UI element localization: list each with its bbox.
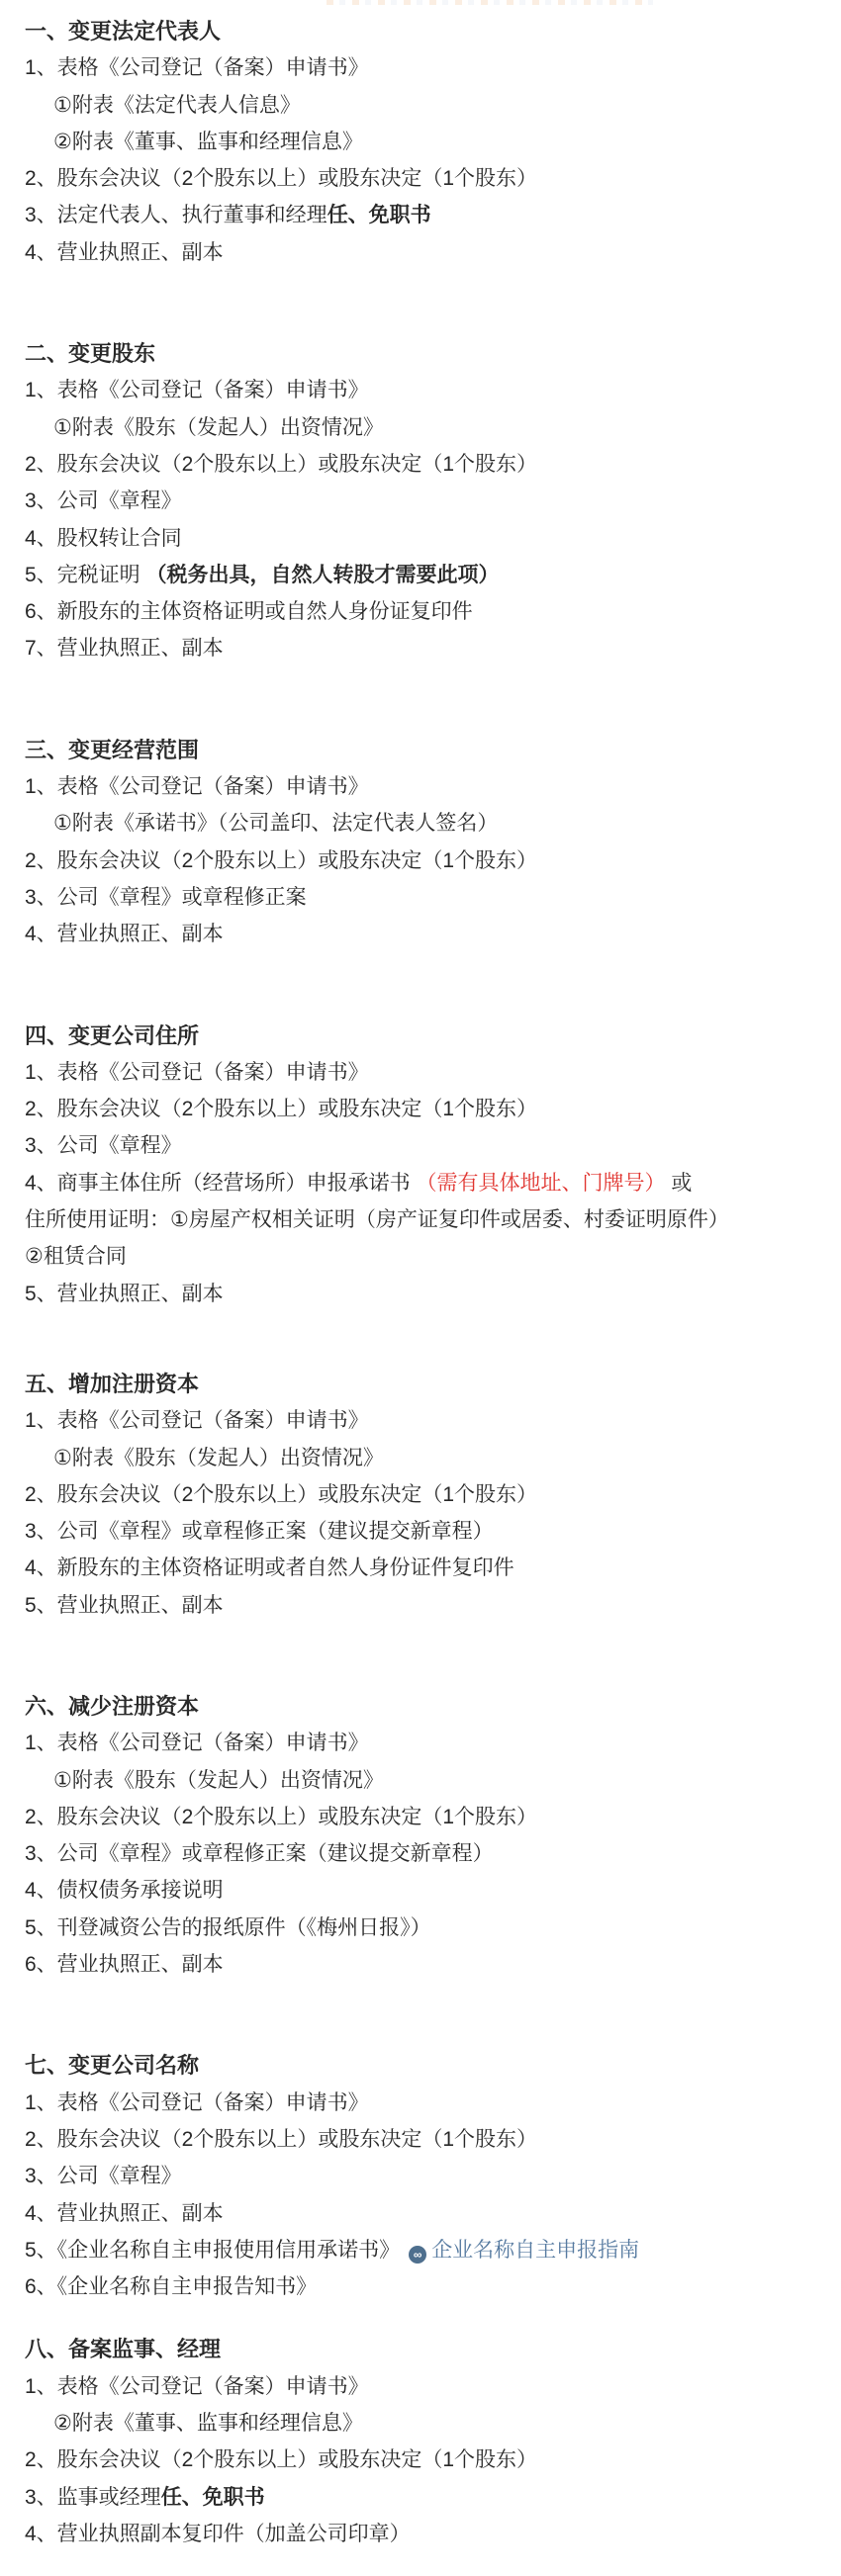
red-note-text: （需有具体地址、门牌号）: [417, 1172, 666, 1195]
text-run: 3、公司《章程》: [25, 1134, 182, 1157]
text-run: 1、表格《公司登记（备案）申请书》: [25, 379, 369, 401]
text-run: 4、股权转让合同: [25, 527, 182, 550]
list-item: 5、《企业名称自主申报使用信用承诺书》∞企业名称自主申报指南: [25, 2232, 829, 2268]
text-run: 4、债权债务承接说明: [25, 1879, 224, 1902]
list-item: 3、监事或经理任、免职书: [25, 2479, 829, 2516]
text-run: 4、营业执照副本复印件（加盖公司印章）: [25, 2523, 411, 2545]
list-item: 6、新股东的主体资格证明或自然人身份证复印件: [25, 593, 829, 630]
document-body: 一、变更法定代表人1、表格《公司登记（备案）申请书》①附表《法定代表人信息》②附…: [0, 0, 841, 2576]
emphasis-text: （税务出具，自然人转股才需要此项）: [146, 564, 500, 586]
text-run: 4、商事主体住所（经营场所）申报承诺书: [25, 1172, 417, 1195]
clipped-text-remnant: [327, 0, 653, 5]
section-title: 一、变更法定代表人: [25, 13, 829, 49]
text-run: ①附表《股东（发起人）出资情况》: [53, 1769, 384, 1792]
text-run: 1、表格《公司登记（备案）申请书》: [25, 1409, 369, 1432]
section: 二、变更股东1、表格《公司登记（备案）申请书》①附表《股东（发起人）出资情况》2…: [25, 335, 829, 667]
section: 六、减少注册资本1、表格《公司登记（备案）申请书》①附表《股东（发起人）出资情况…: [25, 1688, 829, 1983]
section: 五、增加注册资本1、表格《公司登记（备案）申请书》①附表《股东（发起人）出资情况…: [25, 1366, 829, 1624]
text-run: 1、表格《公司登记（备案）申请书》: [25, 1732, 369, 1754]
list-item: 2、股东会决议（2个股东以上）或股东决定（1个股东）: [25, 2442, 829, 2478]
section-title: 二、变更股东: [25, 335, 829, 372]
section-title: 五、增加注册资本: [25, 1366, 829, 1402]
text-run: 4、营业执照正、副本: [25, 923, 224, 945]
list-item: ①附表《股东（发起人）出资情况》: [25, 409, 829, 446]
text-run: 3、公司《章程》: [25, 489, 182, 512]
list-item: 3、公司《章程》: [25, 483, 829, 519]
emphasis-text: 任、免职书: [161, 2486, 265, 2509]
text-run: 或: [666, 1172, 693, 1195]
list-item: 5、刊登减资公告的报纸原件（《梅州日报》）: [25, 1910, 829, 1946]
list-item: 2、股东会决议（2个股东以上）或股东决定（1个股东）: [25, 446, 829, 483]
list-item: 2、股东会决议（2个股东以上）或股东决定（1个股东）: [25, 1799, 829, 1835]
list-item: 2、股东会决议（2个股东以上）或股东决定（1个股东）: [25, 160, 829, 197]
name-declare-guide-link[interactable]: 企业名称自主申报指南: [431, 2239, 639, 2262]
text-run: 2、股东会决议（2个股东以上）或股东决定（1个股东）: [25, 453, 537, 476]
list-item: 2、股东会决议（2个股东以上）或股东决定（1个股东）: [25, 1476, 829, 1513]
section: 八、备案监事、经理1、表格《公司登记（备案）申请书》②附表《董事、监事和经理信息…: [25, 2331, 829, 2552]
text-run: 3、公司《章程》或章程修正案（建议提交新章程）: [25, 1520, 494, 1543]
list-item: 3、公司《章程》或章程修正案: [25, 879, 829, 916]
text-run: 1、表格《公司登记（备案）申请书》: [25, 2091, 369, 2114]
text-run: ②附表《董事、监事和经理信息》: [53, 131, 363, 153]
list-item: 1、表格《公司登记（备案）申请书》: [25, 372, 829, 408]
list-item: 7、营业执照正、副本: [25, 630, 829, 666]
text-run: ①附表《股东（发起人）出资情况》: [53, 1447, 384, 1469]
list-item: 3、公司《章程》: [25, 1127, 829, 1164]
list-item: 1、表格《公司登记（备案）申请书》: [25, 1402, 829, 1439]
text-run: 2、股东会决议（2个股东以上）或股东决定（1个股东）: [25, 1098, 537, 1120]
list-item: 4、新股东的主体资格证明或者自然人身份证件复印件: [25, 1550, 829, 1586]
list-item: ①附表《股东（发起人）出资情况》: [25, 1440, 829, 1476]
text-run: 3、监事或经理: [25, 2486, 161, 2509]
list-item: 1、表格《公司登记（备案）申请书》: [25, 1054, 829, 1091]
section: 一、变更法定代表人1、表格《公司登记（备案）申请书》①附表《法定代表人信息》②附…: [25, 13, 829, 271]
list-item: 1、表格《公司登记（备案）申请书》: [25, 1725, 829, 1761]
list-item: ②租赁合同: [25, 1238, 829, 1275]
text-run: 1、表格《公司登记（备案）申请书》: [25, 775, 369, 798]
list-item: ②附表《董事、监事和经理信息》: [25, 124, 829, 160]
list-item: ②附表《董事、监事和经理信息》: [25, 2405, 829, 2442]
text-run: 5、营业执照正、副本: [25, 1594, 224, 1617]
list-item: ①附表《法定代表人信息》: [25, 87, 829, 124]
text-run: 3、公司《章程》或章程修正案: [25, 886, 307, 909]
text-run: 1、表格《公司登记（备案）申请书》: [25, 2375, 369, 2398]
text-run: 6、《企业名称自主申报告知书》: [25, 2275, 317, 2298]
section-title: 六、减少注册资本: [25, 1688, 829, 1725]
list-item: 6、《企业名称自主申报告知书》: [25, 2268, 829, 2305]
text-run: 4、新股东的主体资格证明或者自然人身份证件复印件: [25, 1556, 514, 1579]
text-run: 5、刊登减资公告的报纸原件（《梅州日报》）: [25, 1916, 431, 1939]
text-run: ②租赁合同: [25, 1245, 127, 1268]
section-title: 八、备案监事、经理: [25, 2331, 829, 2367]
text-run: 2、股东会决议（2个股东以上）或股东决定（1个股东）: [25, 1806, 537, 1828]
list-item: 3、法定代表人、执行董事和经理任、免职书: [25, 197, 829, 233]
list-item: 4、债权债务承接说明: [25, 1872, 829, 1909]
list-item: 5、营业执照正、副本: [25, 1276, 829, 1312]
section: 七、变更公司名称1、表格《公司登记（备案）申请书》2、股东会决议（2个股东以上）…: [25, 2047, 829, 2305]
text-run: 5、营业执照正、副本: [25, 1283, 224, 1305]
list-item: 4、营业执照副本复印件（加盖公司印章）: [25, 2516, 829, 2552]
section-title: 三、变更经营范围: [25, 732, 829, 768]
emphasis-text: 任、免职书: [327, 204, 431, 226]
list-item: 3、公司《章程》: [25, 2158, 829, 2194]
list-item: 4、营业执照正、副本: [25, 2195, 829, 2232]
section: 四、变更公司住所1、表格《公司登记（备案）申请书》2、股东会决议（2个股东以上）…: [25, 1018, 829, 1312]
list-item: 4、营业执照正、副本: [25, 916, 829, 952]
list-item: 3、公司《章程》或章程修正案（建议提交新章程）: [25, 1513, 829, 1550]
section-title: 七、变更公司名称: [25, 2047, 829, 2084]
text-run: ①附表《股东（发起人）出资情况》: [53, 416, 384, 439]
text-run: 3、公司《章程》或章程修正案（建议提交新章程）: [25, 1842, 494, 1865]
text-run: 2、股东会决议（2个股东以上）或股东决定（1个股东）: [25, 849, 537, 872]
list-item: 1、表格《公司登记（备案）申请书》: [25, 768, 829, 805]
list-item: 住所使用证明：①房屋产权相关证明（房产证复印件或居委、村委证明原件）: [25, 1201, 829, 1238]
text-run: 5、《企业名称自主申报使用信用承诺书》: [25, 2239, 400, 2262]
list-item: 6、营业执照正、副本: [25, 1946, 829, 1983]
list-item: 5、完税证明 （税务出具，自然人转股才需要此项）: [25, 557, 829, 593]
text-run: 2、股东会决议（2个股东以上）或股东决定（1个股东）: [25, 167, 537, 190]
text-run: 4、营业执照正、副本: [25, 241, 224, 264]
list-item: 2、股东会决议（2个股东以上）或股东决定（1个股东）: [25, 1091, 829, 1127]
text-run: 1、表格《公司登记（备案）申请书》: [25, 1061, 369, 1084]
list-item: 5、营业执照正、副本: [25, 1587, 829, 1624]
text-run: 5、完税证明: [25, 564, 146, 586]
list-item: 1、表格《公司登记（备案）申请书》: [25, 2368, 829, 2405]
text-run: 2、股东会决议（2个股东以上）或股东决定（1个股东）: [25, 1483, 537, 1506]
section: 三、变更经营范围1、表格《公司登记（备案）申请书》①附表《承诺书》（公司盖印、法…: [25, 732, 829, 953]
text-run: ①附表《法定代表人信息》: [53, 94, 301, 117]
list-item: 4、商事主体住所（经营场所）申报承诺书 （需有具体地址、门牌号） 或: [25, 1165, 829, 1201]
text-run: 6、营业执照正、副本: [25, 1953, 224, 1976]
link-badge-icon: ∞: [409, 2246, 426, 2264]
text-run: 2、股东会决议（2个股东以上）或股东决定（1个股东）: [25, 2448, 537, 2471]
text-run: 6、新股东的主体资格证明或自然人身份证复印件: [25, 600, 473, 623]
text-run: ②附表《董事、监事和经理信息》: [53, 2412, 363, 2435]
list-item: 2、股东会决议（2个股东以上）或股东决定（1个股东）: [25, 843, 829, 879]
list-item: ①附表《承诺书》（公司盖印、法定代表人签名）: [25, 805, 829, 842]
list-item: 4、股权转让合同: [25, 520, 829, 557]
list-item: 4、营业执照正、副本: [25, 234, 829, 271]
list-item: ①附表《股东（发起人）出资情况》: [25, 1762, 829, 1799]
section-title: 四、变更公司住所: [25, 1018, 829, 1054]
text-run: 3、法定代表人、执行董事和经理: [25, 204, 327, 226]
list-item: 1、表格《公司登记（备案）申请书》: [25, 49, 829, 86]
text-run: 住所使用证明：①房屋产权相关证明（房产证复印件或居委、村委证明原件）: [25, 1208, 729, 1231]
text-run: ①附表《承诺书》（公司盖印、法定代表人签名）: [53, 812, 498, 835]
text-run: 3、公司《章程》: [25, 2165, 182, 2187]
list-item: 3、公司《章程》或章程修正案（建议提交新章程）: [25, 1835, 829, 1872]
text-run: 1、表格《公司登记（备案）申请书》: [25, 56, 369, 79]
text-run: 7、营业执照正、副本: [25, 637, 224, 660]
list-item: 1、表格《公司登记（备案）申请书》: [25, 2085, 829, 2121]
text-run: 2、股东会决议（2个股东以上）或股东决定（1个股东）: [25, 2128, 537, 2151]
text-run: 4、营业执照正、副本: [25, 2202, 224, 2225]
list-item: 2、股东会决议（2个股东以上）或股东决定（1个股东）: [25, 2121, 829, 2158]
